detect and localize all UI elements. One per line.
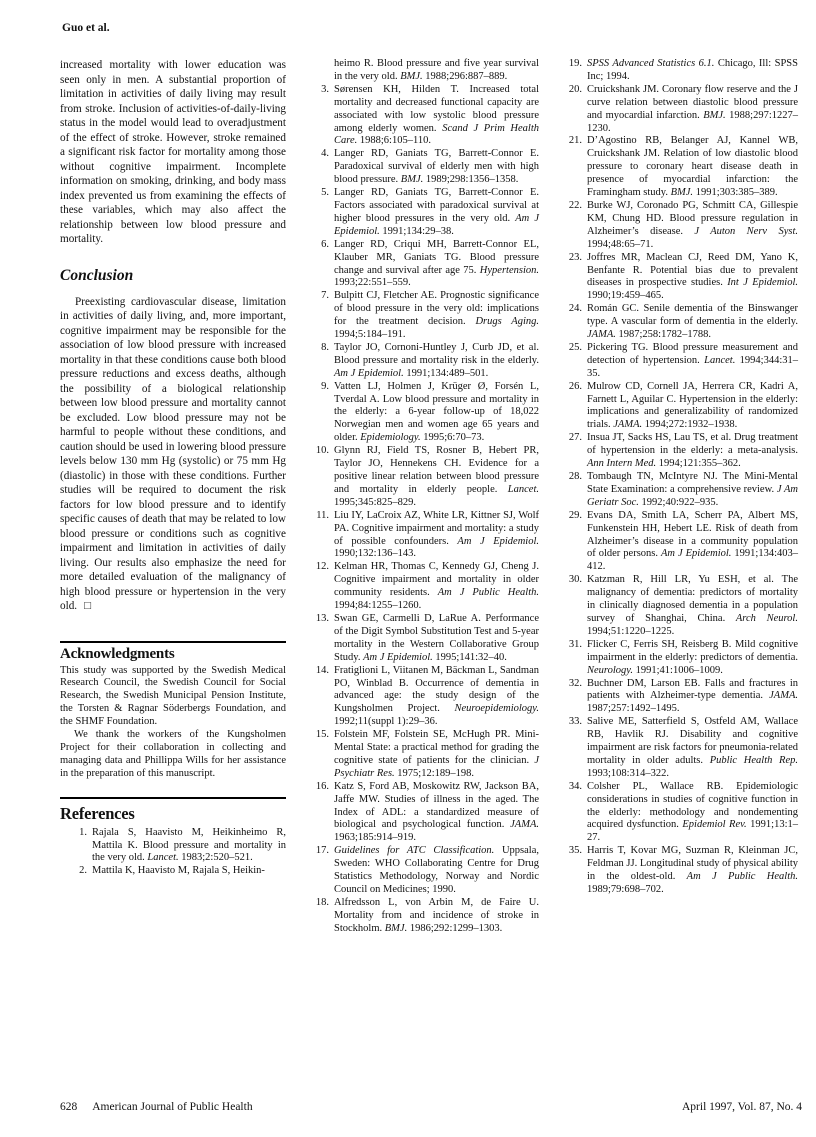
reference-number: 34.: [565, 781, 587, 846]
reference-item: 31.Flicker C, Ferris SH, Reisberg B. Mil…: [565, 639, 798, 678]
running-head: Guo et al.: [62, 22, 110, 34]
reference-text: Harris T, Kovar MG, Suzman R, Kleinman J…: [587, 845, 798, 897]
conclusion-paragraph: Preexisting cardiovascular disease, limi…: [60, 295, 286, 614]
page-number: 628: [60, 1101, 77, 1113]
reference-text: Katzman R, Hill LR, Yu ESH, et al. The m…: [587, 574, 798, 639]
reference-item: 34.Colsher PL, Wallace RB. Epidemiologic…: [565, 781, 798, 846]
acknowledgments-paragraph: This study was supported by the Swedish …: [60, 665, 286, 730]
reference-number: 11.: [312, 510, 334, 562]
reference-text: Katz S, Ford AB, Moskowitz RW, Jackson B…: [334, 781, 539, 846]
reference-text: Román GC. Senile dementia of the Binswan…: [587, 303, 798, 342]
reference-text: Evans DA, Smith LA, Scherr PA, Albert MS…: [587, 510, 798, 575]
reference-item: 16.Katz S, Ford AB, Moskowitz RW, Jackso…: [312, 781, 539, 846]
reference-item: 6.Langer RD, Criqui MH, Barrett-Connor E…: [312, 239, 539, 291]
column-middle: heimo R. Blood pressure and five year su…: [312, 58, 539, 936]
reference-text: Buchner DM, Larson EB. Falls and fractur…: [587, 678, 798, 717]
reference-number: 27.: [565, 432, 587, 471]
reference-text: SPSS Advanced Statistics 6.1. Chicago, I…: [587, 58, 798, 84]
reference-text: Taylor JO, Cornoni-Huntley J, Curb JD, e…: [334, 342, 539, 381]
reference-item: 1.Rajala S, Haavisto M, Heikinheimo R, M…: [60, 827, 286, 866]
reference-continuation: heimo R. Blood pressure and five year su…: [334, 58, 539, 84]
reference-list: 1.Rajala S, Haavisto M, Heikinheimo R, M…: [60, 827, 286, 879]
reference-item: 11.Liu IY, LaCroix AZ, White LR, Kittner…: [312, 510, 539, 562]
reference-text: Langer RD, Criqui MH, Barrett-Connor EL,…: [334, 239, 539, 291]
reference-text: Salive ME, Satterfield S, Ostfeld AM, Wa…: [587, 716, 798, 781]
reference-number: 3.: [312, 84, 334, 149]
reference-text: Insua JT, Sacks HS, Lau TS, et al. Drug …: [587, 432, 798, 471]
reference-item: 8.Taylor JO, Cornoni-Huntley J, Curb JD,…: [312, 342, 539, 381]
reference-text: Mulrow CD, Cornell JA, Herrera CR, Kadri…: [587, 381, 798, 433]
reference-text: Rajala S, Haavisto M, Heikinheimo R, Mat…: [92, 827, 286, 866]
reference-number: 7.: [312, 290, 334, 342]
page-footer: 628American Journal of Public Health Apr…: [60, 1101, 802, 1113]
reference-number: 4.: [312, 148, 334, 187]
reference-item: 24.Román GC. Senile dementia of the Bins…: [565, 303, 798, 342]
reference-number: 30.: [565, 574, 587, 639]
reference-text: Sørensen KH, Hilden T. Increased total m…: [334, 84, 539, 149]
reference-text: Liu IY, LaCroix AZ, White LR, Kittner SJ…: [334, 510, 539, 562]
reference-text: Alfredsson L, von Arbin M, de Faire U. M…: [334, 897, 539, 936]
reference-text: Kelman HR, Thomas C, Kennedy GJ, Cheng J…: [334, 561, 539, 613]
reference-number: 20.: [565, 84, 587, 136]
reference-text: Langer RD, Ganiats TG, Barrett-Connor E.…: [334, 148, 539, 187]
section-divider: [60, 797, 286, 799]
reference-item: 32.Buchner DM, Larson EB. Falls and frac…: [565, 678, 798, 717]
footer-issue: April 1997, Vol. 87, No. 4: [682, 1101, 802, 1113]
reference-number: 1.: [60, 827, 92, 866]
reference-item: 4.Langer RD, Ganiats TG, Barrett-Connor …: [312, 148, 539, 187]
reference-item: 35.Harris T, Kovar MG, Suzman R, Kleinma…: [565, 845, 798, 897]
reference-number: 23.: [565, 252, 587, 304]
reference-number: 16.: [312, 781, 334, 846]
reference-text: Glynn RJ, Field TS, Rosner B, Hebert PR,…: [334, 445, 539, 510]
reference-number: 5.: [312, 187, 334, 239]
end-of-article-mark: □: [84, 600, 91, 612]
reference-number: 18.: [312, 897, 334, 936]
journal-page: Guo et al. increased mortality with lowe…: [0, 0, 816, 1137]
reference-text: Fratiglioni L, Viitanen M, Bäckman L, Sa…: [334, 665, 539, 730]
reference-item: 27.Insua JT, Sacks HS, Lau TS, et al. Dr…: [565, 432, 798, 471]
conclusion-heading: Conclusion: [60, 267, 286, 285]
reference-text: Flicker C, Ferris SH, Reisberg B. Mild c…: [587, 639, 798, 678]
reference-number: 9.: [312, 381, 334, 446]
reference-text: Folstein MF, Folstein SE, McHugh PR. Min…: [334, 729, 539, 781]
column-left: increased mortality with lower education…: [60, 58, 286, 936]
conclusion-text: Preexisting cardiovascular disease, limi…: [60, 296, 286, 613]
reference-item: 25.Pickering TG. Blood pressure measurem…: [565, 342, 798, 381]
reference-text: D’Agostino RB, Belanger AJ, Kannel WB, C…: [587, 135, 798, 200]
reference-number: 19.: [565, 58, 587, 84]
reference-number: 24.: [565, 303, 587, 342]
journal-name: American Journal of Public Health: [92, 1101, 252, 1113]
reference-item: 33.Salive ME, Satterfield S, Ostfeld AM,…: [565, 716, 798, 781]
reference-number: 31.: [565, 639, 587, 678]
reference-item: 22.Burke WJ, Coronado PG, Schmitt CA, Gi…: [565, 200, 798, 252]
body-paragraph-continuation: increased mortality with lower education…: [60, 58, 286, 247]
reference-number: 28.: [565, 471, 587, 510]
reference-number: 22.: [565, 200, 587, 252]
acknowledgments-paragraph: We thank the workers of the Kungsholmen …: [60, 729, 286, 781]
acknowledgments-heading: Acknowledgments: [60, 646, 286, 663]
reference-item: 30.Katzman R, Hill LR, Yu ESH, et al. Th…: [565, 574, 798, 639]
reference-text: Vatten LJ, Holmen J, Krüger Ø, Forsén L,…: [334, 381, 539, 446]
reference-number: 33.: [565, 716, 587, 781]
reference-item: 23.Joffres MR, Maclean CJ, Reed DM, Yano…: [565, 252, 798, 304]
reference-item: 15.Folstein MF, Folstein SE, McHugh PR. …: [312, 729, 539, 781]
reference-item: 29.Evans DA, Smith LA, Scherr PA, Albert…: [565, 510, 798, 575]
footer-left: 628American Journal of Public Health: [60, 1101, 253, 1113]
reference-text: Tombaugh TN, McIntyre NJ. The Mini-Menta…: [587, 471, 798, 510]
reference-item: 2.Mattila K, Haavisto M, Rajala S, Heiki…: [60, 865, 286, 878]
reference-item: 17.Guidelines for ATC Classification. Up…: [312, 845, 539, 897]
reference-number: 10.: [312, 445, 334, 510]
reference-item: 5.Langer RD, Ganiats TG, Barrett-Connor …: [312, 187, 539, 239]
reference-number: 29.: [565, 510, 587, 575]
column-right: 19.SPSS Advanced Statistics 6.1. Chicago…: [565, 58, 798, 936]
reference-item: 26.Mulrow CD, Cornell JA, Herrera CR, Ka…: [565, 381, 798, 433]
reference-number: 13.: [312, 613, 334, 665]
reference-number: 17.: [312, 845, 334, 897]
reference-text: Colsher PL, Wallace RB. Epidemiologic co…: [587, 781, 798, 846]
article-columns: increased mortality with lower education…: [60, 58, 798, 936]
reference-item: 19.SPSS Advanced Statistics 6.1. Chicago…: [565, 58, 798, 84]
reference-number: 12.: [312, 561, 334, 613]
reference-text: Swan GE, Carmelli D, LaRue A. Performanc…: [334, 613, 539, 665]
reference-item: 7.Bulpitt CJ, Fletcher AE. Prognostic si…: [312, 290, 539, 342]
reference-item: 18.Alfredsson L, von Arbin M, de Faire U…: [312, 897, 539, 936]
reference-number: 2.: [60, 865, 92, 878]
reference-number: 14.: [312, 665, 334, 730]
reference-text: Langer RD, Ganiats TG, Barrett-Connor E.…: [334, 187, 539, 239]
reference-text: Bulpitt CJ, Fletcher AE. Prognostic sign…: [334, 290, 539, 342]
reference-list: 3.Sørensen KH, Hilden T. Increased total…: [312, 84, 539, 936]
reference-item: 10.Glynn RJ, Field TS, Rosner B, Hebert …: [312, 445, 539, 510]
reference-item: 9.Vatten LJ, Holmen J, Krüger Ø, Forsén …: [312, 381, 539, 446]
reference-text: Pickering TG. Blood pressure measurement…: [587, 342, 798, 381]
reference-item: 28.Tombaugh TN, McIntyre NJ. The Mini-Me…: [565, 471, 798, 510]
reference-number: 6.: [312, 239, 334, 291]
reference-number: 21.: [565, 135, 587, 200]
reference-number: 15.: [312, 729, 334, 781]
reference-item: 14.Fratiglioni L, Viitanen M, Bäckman L,…: [312, 665, 539, 730]
reference-item: 13.Swan GE, Carmelli D, LaRue A. Perform…: [312, 613, 539, 665]
reference-number: 35.: [565, 845, 587, 897]
section-divider: [60, 641, 286, 643]
reference-item: 12.Kelman HR, Thomas C, Kennedy GJ, Chen…: [312, 561, 539, 613]
reference-text: Guidelines for ATC Classification. Uppsa…: [334, 845, 539, 897]
reference-text: Cruickshank JM. Coronary flow reserve an…: [587, 84, 798, 136]
reference-number: 8.: [312, 342, 334, 381]
reference-number: 25.: [565, 342, 587, 381]
reference-text: Mattila K, Haavisto M, Rajala S, Heikin-: [92, 865, 286, 878]
reference-number: 32.: [565, 678, 587, 717]
references-heading: References: [60, 804, 286, 824]
reference-number: 26.: [565, 381, 587, 433]
reference-item: 21.D’Agostino RB, Belanger AJ, Kannel WB…: [565, 135, 798, 200]
reference-text: Burke WJ, Coronado PG, Schmitt CA, Gille…: [587, 200, 798, 252]
reference-list: 19.SPSS Advanced Statistics 6.1. Chicago…: [565, 58, 798, 897]
reference-item: 20.Cruickshank JM. Coronary flow reserve…: [565, 84, 798, 136]
reference-text: Joffres MR, Maclean CJ, Reed DM, Yano K,…: [587, 252, 798, 304]
reference-item: 3.Sørensen KH, Hilden T. Increased total…: [312, 84, 539, 149]
